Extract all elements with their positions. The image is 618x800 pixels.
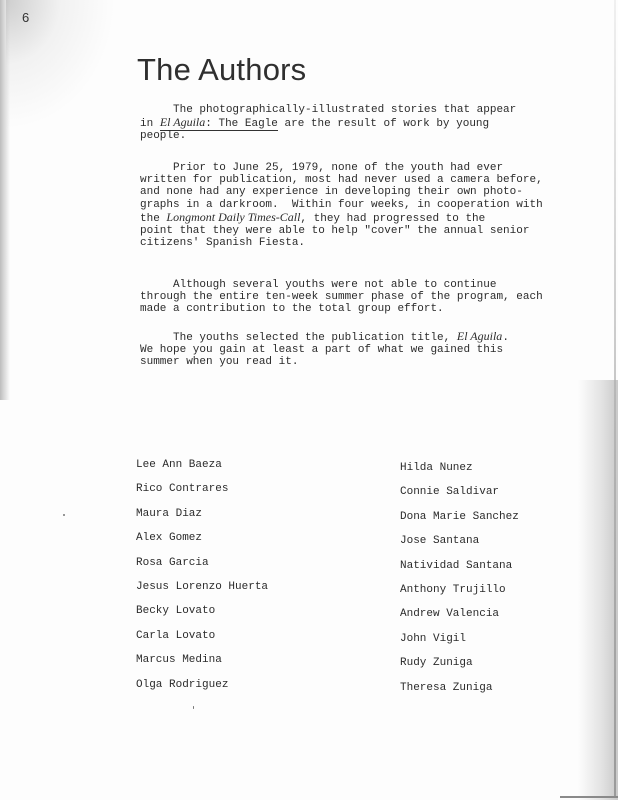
paragraph-intro: The photographically-illustrated stories… [140, 104, 540, 143]
author-name: Alex Gomez [136, 531, 268, 555]
text-line: The photographically-illustrated stories… [140, 104, 516, 116]
author-name: Marcus Medina [136, 653, 268, 677]
author-name: Dona Marie Sanchez [400, 510, 519, 534]
publication-title: El Aguila [457, 329, 502, 343]
text-line: written for publication, most had never … [140, 174, 543, 186]
newspaper-title: Longmont Daily Times-Call [166, 210, 300, 224]
paragraph-contribution: Although several youths were not able to… [140, 279, 540, 316]
text-line: Prior to June 25, 1979, none of the yout… [140, 162, 503, 174]
author-name: Natividad Santana [400, 559, 519, 583]
author-name: Andrew Valencia [400, 607, 519, 631]
author-name: Becky Lovato [136, 604, 268, 628]
page-edge [614, 0, 616, 798]
text-line: graphs in a darkroom. Within four weeks,… [140, 199, 543, 211]
text-line: The youths selected the publication titl… [140, 332, 457, 344]
scan-speck [193, 706, 194, 709]
text-line: summer when you read it. [140, 356, 298, 368]
author-name: Lee Ann Baeza [136, 458, 268, 482]
text-line: people. [140, 130, 186, 142]
author-name: John Vigil [400, 632, 519, 656]
author-name: Rosa Garcia [136, 556, 268, 580]
scan-shadow-right [578, 380, 618, 800]
text-line: through the entire ten-week summer phase… [140, 291, 543, 303]
paragraph-closing: The youths selected the publication titl… [140, 330, 540, 369]
author-name: Hilda Nunez [400, 461, 519, 485]
authors-list-left: Lee Ann Baeza Rico Contrares Maura Diaz … [136, 458, 268, 702]
author-name: Connie Saldivar [400, 485, 519, 509]
author-name: Anthony Trujillo [400, 583, 519, 607]
text-line: We hope you gain at least a part of what… [140, 344, 503, 356]
author-name: Theresa Zuniga [400, 681, 519, 705]
page-title: The Authors [137, 52, 306, 88]
page-edge-bottom [560, 796, 618, 798]
scan-speck [63, 514, 65, 516]
publication-title: El Aguila: The Eagle [160, 118, 278, 131]
author-name: Jesus Lorenzo Huerta [136, 580, 268, 604]
paragraph-history: Prior to June 25, 1979, none of the yout… [140, 162, 540, 249]
text-line: the [140, 213, 166, 225]
author-name: Carla Lovato [136, 629, 268, 653]
text-line: citizens' Spanish Fiesta. [140, 237, 305, 249]
text-line: point that they were able to help "cover… [140, 225, 529, 237]
author-name: Jose Santana [400, 534, 519, 558]
text-line: Although several youths were not able to… [140, 279, 496, 291]
page-number: 6 [22, 10, 29, 25]
text-line: in [140, 118, 160, 130]
text-line: and none had any experience in developin… [140, 186, 523, 198]
document-page: 6 The Authors The photographically-illus… [0, 0, 618, 800]
text-line: made a contribution to the total group e… [140, 303, 444, 315]
author-name: Olga Rodriguez [136, 678, 268, 702]
author-name: Maura Diaz [136, 507, 268, 531]
authors-list-right: Hilda Nunez Connie Saldivar Dona Marie S… [400, 461, 519, 705]
author-name: Rico Contrares [136, 482, 268, 506]
author-name: Rudy Zuniga [400, 656, 519, 680]
